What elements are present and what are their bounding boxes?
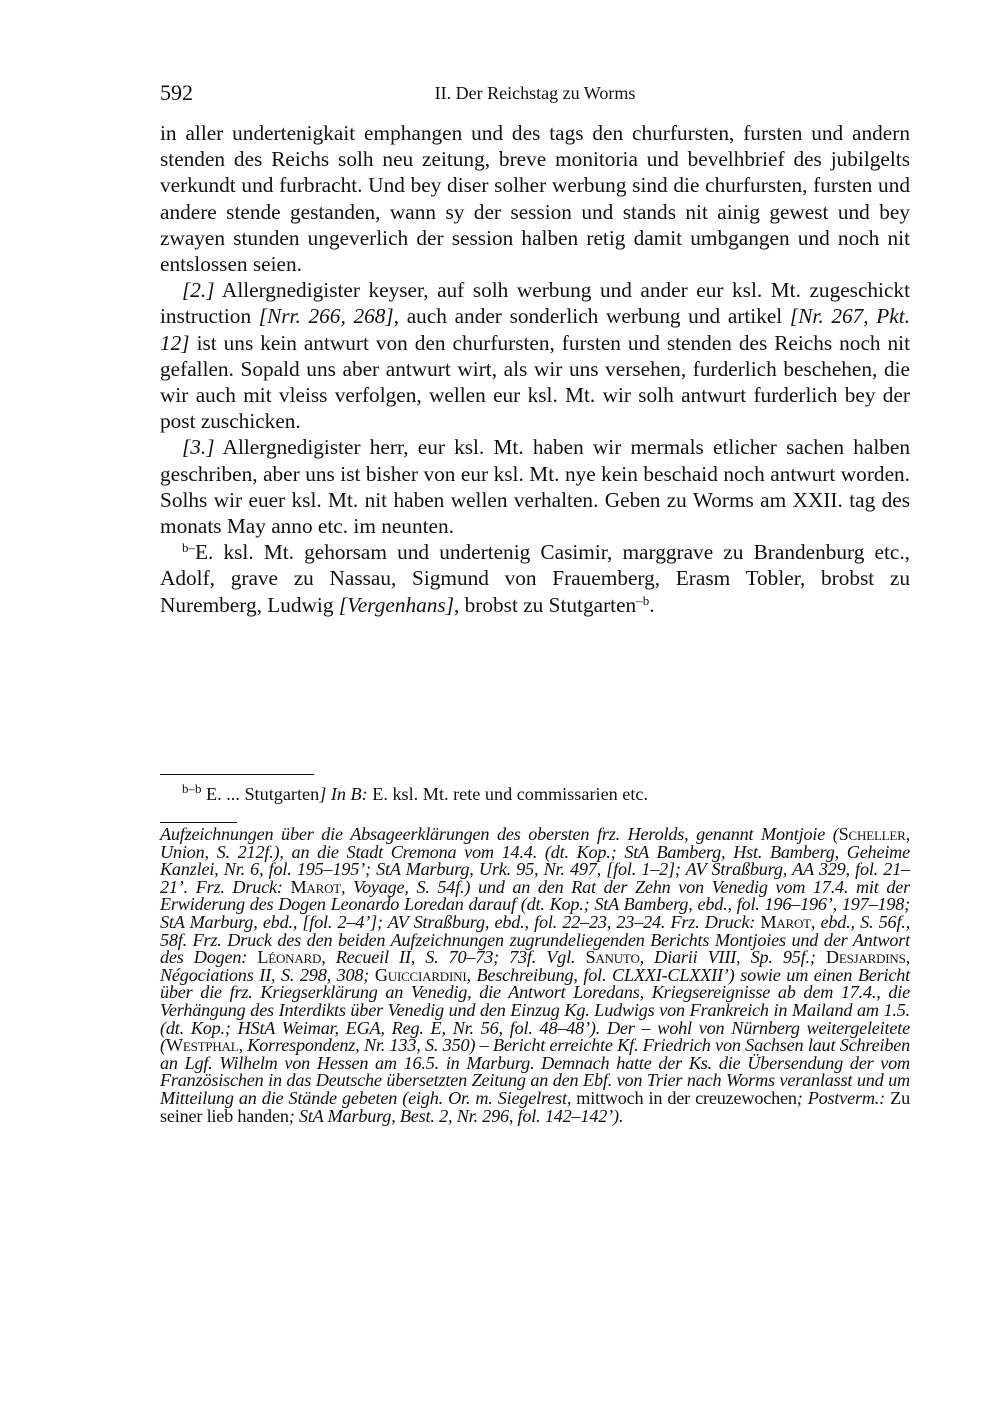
- running-title: II. Der Reichstag zu Worms: [160, 83, 910, 104]
- editorial-insertion: [Vergenhans]: [339, 593, 454, 617]
- paragraph-2: [2.] Allergnedigister keyser, auf solh w…: [160, 277, 910, 434]
- paragraph-4: b–E. ksl. Mt. gehorsam und undertenig Ca…: [160, 539, 910, 618]
- footnote-rule: [160, 774, 314, 775]
- paragraph-3: [3.] Allergnedigister herr, eur ksl. Mt.…: [160, 434, 910, 539]
- textual-footnote: b–b E. ... Stutgarten] In B: E. ksl. Mt.…: [182, 782, 910, 806]
- main-text: in aller undertenigkait emphangen und de…: [160, 120, 910, 618]
- paragraph-1: in aller undertenigkait emphangen und de…: [160, 120, 910, 277]
- commentary-note: Aufzeichnungen über die Absageerklärunge…: [160, 826, 910, 1125]
- running-head: 592 II. Der Reichstag zu Worms: [160, 80, 910, 106]
- variant-mark-close: –b: [636, 593, 649, 608]
- section-number: [3.]: [182, 435, 215, 459]
- footnote-mark: b–b: [182, 781, 202, 796]
- cross-reference: [Nrr. 266, 268]: [259, 304, 394, 328]
- section-number: [2.]: [182, 278, 215, 302]
- variant-mark-open: b–: [182, 540, 195, 555]
- commentary-rule: [160, 822, 237, 823]
